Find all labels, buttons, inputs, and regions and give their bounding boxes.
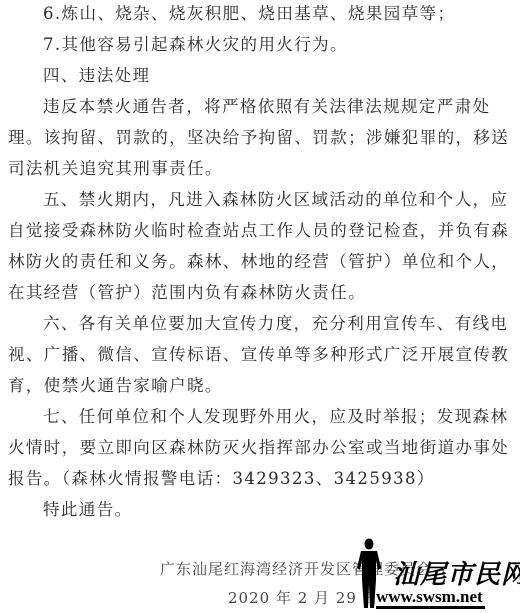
text-line-3: 违反本禁火通告者，将严格依照有关法律法规规定严肃处 <box>43 97 491 117</box>
watermark-url: www.swsm.net <box>376 588 485 609</box>
text-line-15: 报告。（森林火情报警电话：3429323、3425938） <box>8 469 435 489</box>
text-line-13: 七、任何单位和个人发现野外用火，应及时举报；发现森林 <box>43 407 508 427</box>
text-line-12: 育，使禁火通告家喻户晓。 <box>8 376 223 396</box>
closing-line: 特此通告。 <box>43 500 133 520</box>
watermark: 汕尾市民网 www.swsm.net <box>355 538 520 613</box>
text-line-6: 五、禁火期内，凡进入森林防火区域活动的单位和个人，应 <box>43 190 508 210</box>
text-line-14: 火情时，要立即向区森林防灭火指挥部办公室或当地街道办事处 <box>8 438 509 458</box>
watermark-title: 汕尾市民网 <box>393 554 520 591</box>
text-line-10: 六、各有关单位要加大宣传力度，充分利用宣传车、有线电 <box>43 314 508 334</box>
text-line-0: 6.炼山、烧杂、烧灰积肥、烧田基草、烧果园草等； <box>43 4 455 24</box>
text-line-7: 自觉接受森林防火临时检查站点工作人员的登记检查，并负有森 <box>8 221 509 241</box>
text-line-1: 7.其他容易引起森林火灾的用火行为。 <box>43 35 348 55</box>
text-line-8: 林防火的责任和义务。森林、林地的经营（管护）单位和个人， <box>8 252 509 272</box>
text-line-11: 视、广播、微信、宣传标语、宣传单等多种形式广泛开展宣传教 <box>8 345 509 365</box>
section-heading-violation: 四、违法处理 <box>43 66 150 86</box>
text-line-5: 司法机关追究其刑事责任。 <box>8 159 223 179</box>
text-line-4: 理。该拘留、罚款的，坚决给予拘留、罚款；涉嫌犯罪的，移送 <box>8 128 509 148</box>
text-line-9: 在其经营（管护）范围内负有森林防火责任。 <box>8 283 366 303</box>
document-page: 6.炼山、烧杂、烧灰积肥、烧田基草、烧果园草等； 7.其他容易引起森林火灾的用火… <box>0 0 520 613</box>
